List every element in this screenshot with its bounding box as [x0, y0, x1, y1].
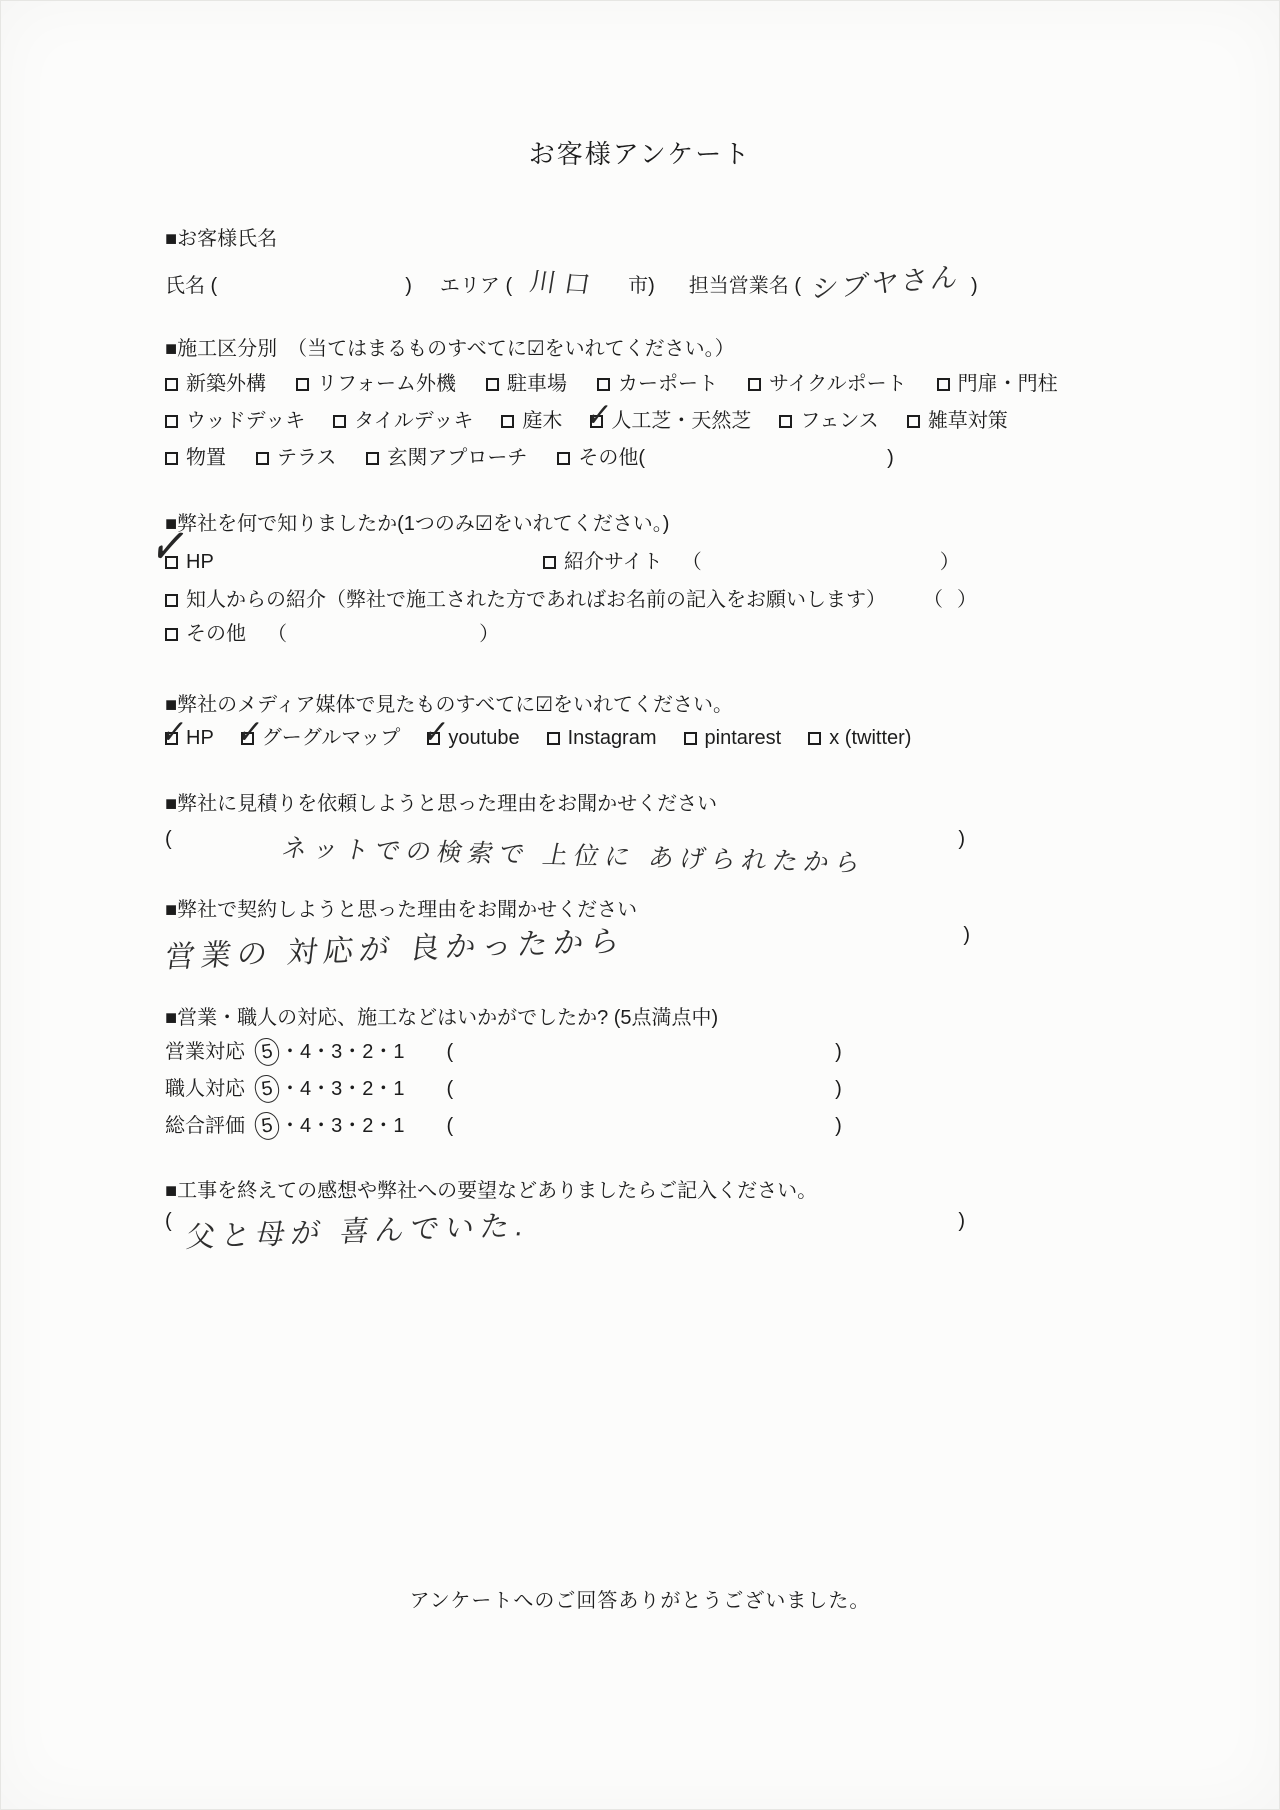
checkbox-label: 駐車場: [507, 371, 567, 397]
how-found-row-3: ✓その他 （）: [165, 621, 499, 648]
checkbox-option: ✓物置: [165, 445, 226, 471]
checkbox-icon: ✓: [256, 452, 269, 465]
rating-label: 営業対応: [165, 1041, 245, 1063]
rating-scale: ・4・3・2・1: [280, 1041, 405, 1063]
checkbox-option: ✓雑草対策: [907, 408, 1008, 434]
how-found-row-1: ✓HP ✓紹介サイト （）: [165, 549, 975, 576]
construction-heading-text: ■施工区分別: [165, 338, 277, 360]
checkbox-icon: ✓: [590, 415, 603, 428]
checkbox-option: ✓Instagram: [547, 725, 657, 751]
checkbox-icon: ✓: [907, 415, 920, 428]
handwritten-area-value: 川口: [527, 265, 600, 302]
checkbox-option: ✓youtube: [427, 725, 519, 751]
checkbox-icon: ✓: [937, 378, 950, 391]
checkbox-option: ✓タイルデッキ: [333, 408, 473, 434]
circle-mark-icon: 5: [253, 1037, 280, 1068]
checkbox-icon: ✓: [165, 594, 178, 607]
customer-info-line: 氏名 ()エリア (川口市)担当営業名 (シブヤさん): [165, 266, 978, 301]
checkbox-icon: ✓: [501, 415, 514, 428]
handwritten-feedback: 父と母が 喜んでいた.: [183, 1208, 531, 1258]
checkbox-icon: ✓: [165, 732, 178, 745]
checkbox-label: 門扉・門柱: [958, 371, 1058, 397]
handwritten-contract-reason: 営業の 対応が 良かったから: [163, 922, 628, 977]
checkbox-option: ✓その他: [165, 621, 246, 647]
quote-reason-answer-line: ( ネットでの検索で 上位に あげられたから ): [165, 826, 965, 873]
checkbox-label: フェンス: [800, 408, 878, 434]
construction-row-3: ✓物置 ✓テラス ✓玄関アプローチ ✓その他( ): [165, 445, 894, 471]
section-heading-ratings: ■営業・職人の対応、施工などはいかがでしたか? (5点満点中): [165, 1005, 718, 1031]
checkbox-icon: ✓: [366, 452, 379, 465]
page-title: お客様アンケート: [0, 138, 1280, 172]
checkbox-option: ✓x (twitter): [808, 725, 911, 751]
checkbox-option: ✓門扉・門柱: [937, 371, 1058, 397]
checkbox-option: ✓pintarest: [684, 725, 782, 751]
section-heading-feedback: ■工事を終えての感想や弊社への要望などありましたらご記入ください。: [165, 1178, 817, 1204]
checkbox-label: 庭木: [522, 408, 562, 434]
open-paren: (: [447, 1078, 454, 1100]
rating-label: 職人対応: [165, 1078, 245, 1100]
checkbox-label: HP: [186, 725, 214, 751]
checkbox-icon: ✓: [296, 378, 309, 391]
close-paren: ): [835, 1115, 842, 1137]
checkbox-icon: ✓: [486, 378, 499, 391]
checkbox-option: ✓サイクルポート: [748, 371, 907, 397]
checkbox-option: ✓その他(: [557, 445, 645, 471]
checkbox-icon: ✓: [779, 415, 792, 428]
checkbox-icon: ✓: [165, 415, 178, 428]
other-field-close: ): [887, 445, 894, 471]
checkbox-label: ウッドデッキ: [186, 408, 305, 434]
construction-heading-note: （当てはまるものすべてに☑をいれてください。）: [287, 338, 735, 360]
rating-row-craftsman: 職人対応5・4・3・2・1(): [165, 1075, 842, 1103]
area-field-label: エリア (: [440, 275, 512, 297]
sales-field-close: ): [971, 275, 978, 297]
checkbox-icon: ✓: [597, 378, 610, 391]
open-paren: （: [682, 552, 702, 574]
rating-row-sales: 営業対応5・4・3・2・1(): [165, 1038, 842, 1066]
checkbox-option: ✓HP: [165, 725, 214, 751]
circle-mark-icon: 5: [253, 1074, 280, 1105]
checkbox-option: ✓駐車場: [486, 371, 567, 397]
checkbox-icon: ✓: [165, 556, 178, 569]
checkbox-label: youtube: [448, 725, 519, 751]
checkbox-icon: ✓: [427, 732, 440, 745]
checkbox-icon: ✓: [165, 452, 178, 465]
checkbox-label: x (twitter): [829, 725, 911, 751]
checkbox-label: カーポート: [618, 371, 718, 397]
checkbox-option: ✓人工芝・天然芝: [590, 408, 751, 434]
checkbox-label: 玄関アプローチ: [387, 445, 527, 471]
rating-row-overall: 総合評価5・4・3・2・1(): [165, 1112, 842, 1140]
feedback-answer-line: ( 父と母が 喜んでいた. ): [165, 1208, 965, 1252]
checkbox-icon: ✓: [543, 556, 556, 569]
contract-reason-answer-line: 営業の 対応が 良かったから ): [165, 922, 970, 969]
checkbox-option: ✓HP: [165, 549, 214, 575]
checkbox-option: ✓ウッドデッキ: [165, 408, 305, 434]
checkbox-label: 知人からの紹介（弊社で施工された方であればお名前の記入をお願いします）: [186, 587, 886, 613]
checkbox-label: テラス: [277, 445, 336, 471]
checkbox-icon: ✓: [808, 732, 821, 745]
close-paren: ): [958, 826, 965, 852]
checkbox-label: その他: [186, 621, 246, 647]
checkbox-option: ✓フェンス: [779, 408, 878, 434]
checkbox-icon: ✓: [241, 732, 254, 745]
survey-page: お客様アンケート ■お客様氏名 氏名 ()エリア (川口市)担当営業名 (シブヤ…: [0, 0, 1280, 1810]
checkbox-option: ✓カーポート: [597, 371, 718, 397]
rating-scale: ・4・3・2・1: [280, 1078, 405, 1100]
section-heading-construction: ■施工区分別（当てはまるものすべてに☑をいれてください。）: [165, 336, 735, 362]
how-found-row-2: ✓知人からの紹介（弊社で施工された方であればお名前の記入をお願いします） （）: [165, 587, 977, 613]
checkbox-icon: ✓: [165, 378, 178, 391]
checkbox-option: ✓新築外構: [165, 371, 266, 397]
checkbox-option: ✓庭木: [501, 408, 562, 434]
close-paren: ): [835, 1041, 842, 1063]
checkbox-icon: ✓: [684, 732, 697, 745]
handwritten-sales-value: シブヤさん: [809, 259, 963, 308]
open-paren: (: [447, 1115, 454, 1137]
checkbox-icon: ✓: [165, 628, 178, 641]
close-paren: ）: [940, 552, 960, 574]
checkbox-option: ✓リフォーム外機: [296, 371, 456, 397]
checkbox-label: pintarest: [705, 725, 782, 751]
section-heading-customer: ■お客様氏名: [165, 226, 277, 252]
open-paren: （: [923, 587, 943, 613]
section-heading-how-found: ■弊社を何で知りましたか(1つのみ☑をいれてください。): [165, 511, 669, 537]
checkbox-label: 紹介サイト: [564, 549, 663, 575]
section-heading-media: ■弊社のメディア媒体で見たものすべてに☑をいれてください。: [165, 692, 733, 718]
sales-field-label: 担当営業名 (: [689, 275, 801, 297]
media-row: ✓HP ✓グーグルマップ ✓youtube ✓Instagram ✓pintar…: [165, 725, 911, 751]
checkbox-label: サイクルポート: [769, 371, 907, 397]
checkbox-icon: ✓: [333, 415, 346, 428]
section-heading-contract-reason: ■弊社で契約しようと思った理由をお聞かせください: [165, 897, 637, 923]
checkbox-label: その他(: [578, 445, 645, 471]
circle-mark-icon: 5: [253, 1111, 280, 1142]
area-field-suffix: 市): [628, 275, 655, 297]
rating-label: 総合評価: [165, 1115, 245, 1137]
thank-you-message: アンケートへのご回答ありがとうございました。: [0, 1588, 1280, 1614]
open-paren: （: [267, 624, 287, 646]
checkbox-option: ✓テラス: [256, 445, 336, 471]
name-field-close: ): [405, 275, 412, 297]
open-paren: (: [165, 1208, 172, 1234]
close-paren: ）: [479, 624, 499, 646]
checkbox-label: グーグルマップ: [262, 725, 401, 751]
construction-row-2: ✓ウッドデッキ ✓タイルデッキ ✓庭木 ✓人工芝・天然芝 ✓フェンス ✓雑草対策: [165, 408, 1008, 434]
open-paren: (: [447, 1041, 454, 1063]
checkbox-label: 雑草対策: [928, 408, 1008, 434]
checkbox-option: ✓玄関アプローチ: [366, 445, 527, 471]
handwritten-quote-reason: ネットでの検索で 上位に あげられたから: [278, 832, 868, 880]
checkbox-label: 新築外構: [186, 371, 266, 397]
checkbox-option: ✓紹介サイト: [543, 549, 663, 575]
checkbox-label: 人工芝・天然芝: [611, 408, 751, 434]
rating-scale: ・4・3・2・1: [280, 1115, 405, 1137]
close-paren: ）: [957, 587, 977, 613]
checkbox-label: タイルデッキ: [354, 408, 473, 434]
referral-site-group: ✓紹介サイト （）: [543, 549, 960, 576]
checkbox-option: ✓知人からの紹介（弊社で施工された方であればお名前の記入をお願いします）: [165, 587, 886, 613]
check-mark-icon: ✓: [584, 389, 616, 441]
checkbox-label: リフォーム外機: [317, 371, 456, 397]
section-heading-quote-reason: ■弊社に見積りを依頼しようと思った理由をお聞かせください: [165, 791, 717, 817]
checkbox-icon: ✓: [748, 378, 761, 391]
name-field-label: 氏名 (: [165, 275, 217, 297]
checkbox-label: Instagram: [568, 725, 657, 751]
close-paren: ): [963, 922, 970, 948]
checkbox-label: 物置: [186, 445, 226, 471]
close-paren: ): [958, 1208, 965, 1234]
checkbox-label: HP: [186, 549, 214, 575]
open-paren: (: [165, 826, 172, 852]
checkbox-icon: ✓: [557, 452, 570, 465]
checkbox-icon: ✓: [547, 732, 560, 745]
construction-row-1: ✓新築外構 ✓リフォーム外機 ✓駐車場 ✓カーポート ✓サイクルポート ✓門扉・…: [165, 371, 1058, 397]
close-paren: ): [835, 1078, 842, 1100]
checkbox-option: ✓グーグルマップ: [241, 725, 401, 751]
